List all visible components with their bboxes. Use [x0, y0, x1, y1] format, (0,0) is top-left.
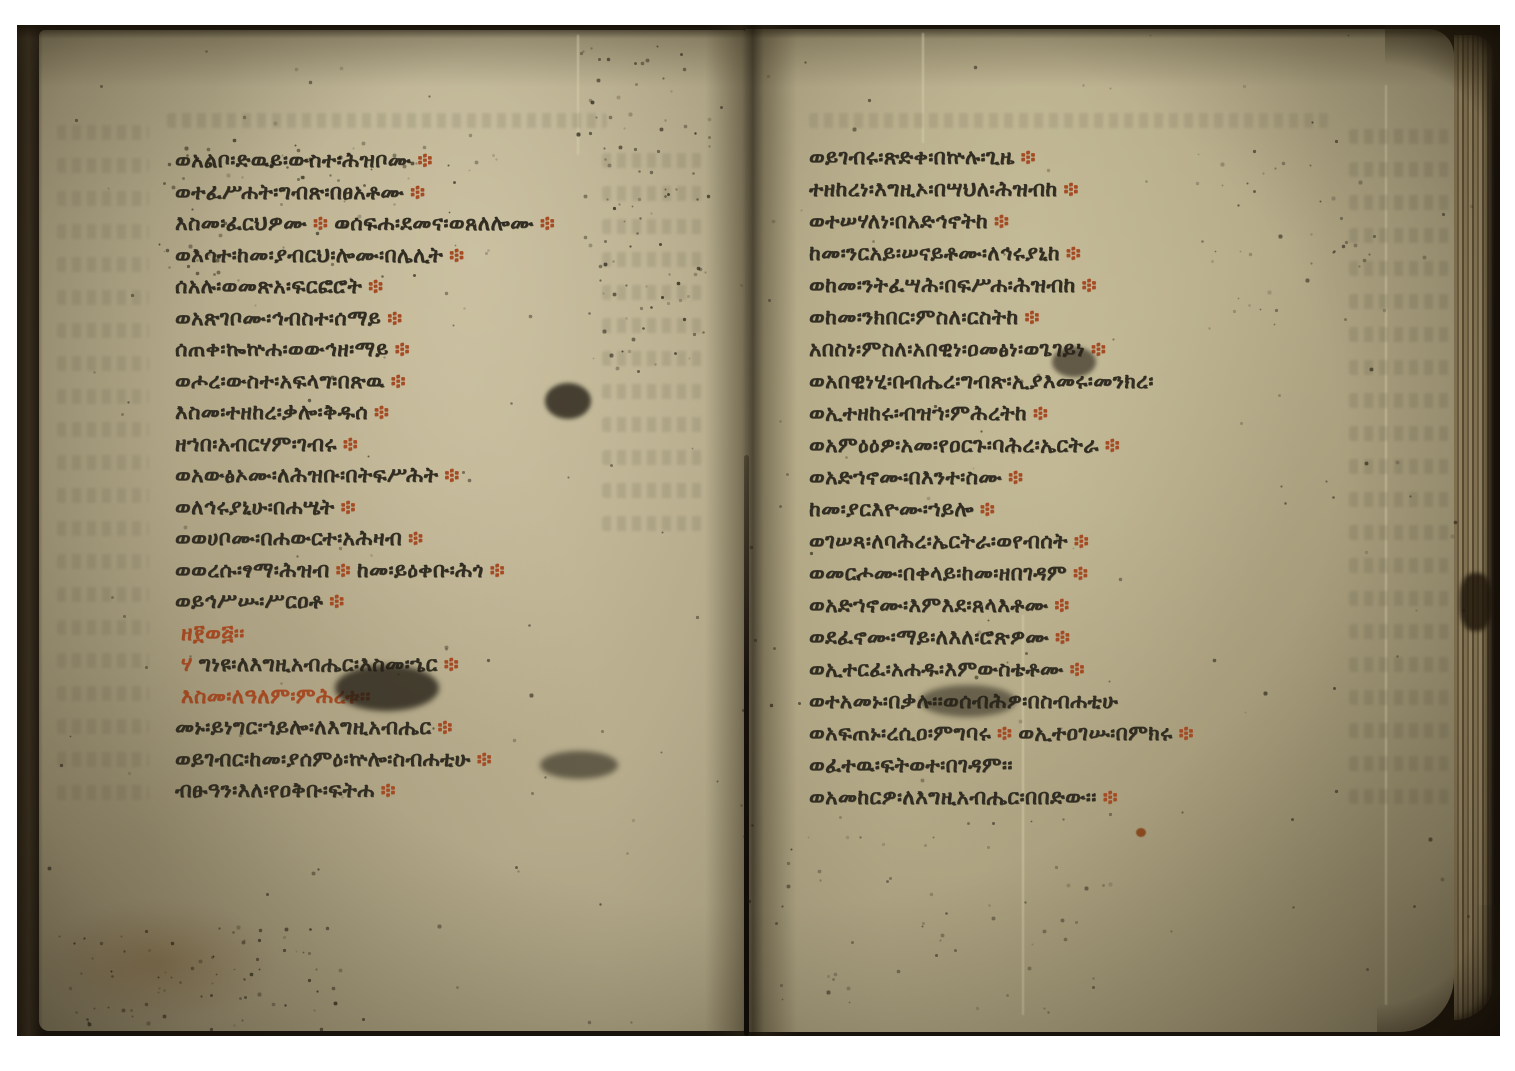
- manuscript-text-line: እስመ፡ፈርህዎሙ፨ወሰፍሐ፡ደመና፡ወጸለሎሙ፨: [175, 208, 561, 240]
- text-segment: ወአድኀኖሙ፡በእንተ፡ስሙ: [809, 465, 1002, 489]
- edge-mark: [1460, 573, 1492, 631]
- text-segment: ወእሳተ፡ከመ፡ያብርህ፡ሎሙ፡በሌሊት: [175, 243, 443, 267]
- rubric-segment: ፨: [329, 589, 344, 613]
- manuscript-text-line: ወአመከርዎ፡ለእግዚአብሔር፡በበድው፡፡፨: [809, 781, 1200, 813]
- bleed-through-row: [1349, 690, 1449, 705]
- stain: [40, 903, 275, 1021]
- bleed-through-row: [57, 488, 149, 503]
- rubric-segment: ፨: [444, 463, 459, 487]
- bleed-through-row: [602, 219, 702, 234]
- text-segment: ከመ፡ይዕቀቡ፡ሕጎ: [357, 558, 484, 582]
- rubric-segment: ፨: [1054, 593, 1069, 617]
- gutter-crack: [744, 455, 749, 1036]
- text-segment: ወይኅሥሡ፡ሥርዐቶ: [175, 589, 323, 613]
- bleed-through-row: [57, 455, 149, 470]
- bleed-through-row: [57, 389, 149, 404]
- gutter-shadow: [705, 25, 797, 1036]
- text-segment: ወአድኀኖሙ፡እምእደ፡ጸላእቶሙ: [809, 593, 1048, 617]
- bleed-through-row: [57, 224, 149, 239]
- screenshot: ወአልቦ፡ድዉይ፡ውስተ፡ሕዝቦሙ፨ወተፈሥሐት፡ግብጽ፡በፀአቶሙ፨እስመ፡ፈ…: [0, 0, 1515, 1071]
- text-segment: ወይገብሩ፡ጽድቀ፡በኵሉ፡ጊዜ: [809, 145, 1015, 169]
- bleed-through-row: [602, 384, 702, 399]
- rubric-segment: ፨: [1055, 625, 1070, 649]
- bleed-through-row: [1349, 261, 1449, 276]
- corner-shadow-top-right: [1385, 25, 1500, 175]
- text-segment: ወመርሖሙ፡በቀላይ፡ከመ፡ዘበገዳም: [809, 561, 1067, 585]
- manuscript-text-line: ወአበዊነሂ፡በብሔረ፡ግብጽ፡ኢያእመሩ፡መንክረ፡: [809, 365, 1200, 397]
- bleed-through-row: [602, 450, 702, 465]
- manuscript-text-line: ወአድኀኖሙ፡በእንተ፡ስሙ፨: [809, 461, 1200, 493]
- foxing-speckles: [17, 25, 18, 26]
- text-segment: ወኢተርፈ፡አሐዱ፡እምውስቴቶሙ: [809, 657, 1064, 681]
- rubric-segment: ፨: [1082, 273, 1097, 297]
- manuscript-text-line: ብፁዓን፡እለ፡የዐቅቡ፡ፍትሐ፨: [175, 775, 561, 807]
- bleed-through-row: [602, 351, 702, 366]
- bleed-through-row: [57, 422, 149, 437]
- manuscript-text-line: ወአልቦ፡ድዉይ፡ውስተ፡ሕዝቦሙ፨: [175, 145, 561, 177]
- bleed-through-row: [57, 521, 149, 536]
- manuscript-text-line: አበስነ፡ምስለ፡አበዊነ፡ዐመፅነ፡ወጌገይነ፨: [809, 333, 1200, 365]
- rubric-segment: ፨: [1025, 305, 1040, 329]
- text-segment: ወፈተዉ፡ፍትወተ፡በገዳም፡፡: [809, 753, 1013, 777]
- rubric-segment: ፨: [540, 211, 555, 235]
- rubric-segment: ፨: [1073, 561, 1088, 585]
- bleed-through-row: [57, 356, 149, 371]
- rubric-segment: ፨: [444, 652, 459, 676]
- bleed-through-row: [602, 252, 702, 267]
- manuscript-text-line: ወለኅሩያኒሁ፡በሐሤት፨: [175, 492, 561, 524]
- rubric-segment: ፨: [1066, 241, 1081, 265]
- rubric-segment: ፨: [336, 558, 351, 582]
- rubric-segment: ፨: [980, 497, 995, 521]
- text-segment: ወአምዕዕዎ፡አመ፡የዐርጉ፡ባሕረ፡ኤርትራ: [809, 433, 1099, 457]
- bleed-through-row: [57, 653, 149, 668]
- right-page-text: ወይገብሩ፡ጽድቀ፡በኵሉ፡ጊዜ፨ተዘከረነ፡እግዚኦ፡በሣህለ፡ሕዝብከ፨ወተ…: [809, 141, 1200, 813]
- text-segment: አበስነ፡ምስለ፡አበዊነ፡ዐመፅነ፡ወጌገይነ: [809, 337, 1085, 361]
- manuscript-text-line: ወደፈኖሙ፡ማይ፡ለእለ፡ሮጽዎሙ፨: [809, 621, 1200, 653]
- text-segment: ወይገብር፡ከመ፡ያሰምዕ፡ኵሎ፡ስብሐቲሁ: [175, 747, 471, 771]
- text-segment: ዘኀበ፡አብርሃም፡ገብሩ: [175, 432, 337, 456]
- manuscript-text-line: እስመ፡ተዘከረ፡ቃሎ፡ቅዱሰ፨: [175, 397, 561, 429]
- rubric-segment: ፨: [387, 306, 402, 330]
- manuscript-text-line: ወአምዕዕዎ፡አመ፡የዐርጉ፡ባሕረ፡ኤርትራ፨: [809, 429, 1200, 461]
- rubric-segment: ፨: [395, 337, 410, 361]
- text-segment: ሰጠቀ፡ኰኵሐ፡ወውኅዘ፡ማይ: [175, 337, 389, 361]
- rubric-segment: ፨: [1021, 145, 1036, 169]
- manuscript-text-line: ሰአሉ፡ወመጽአ፡ፍርፎሮት፨: [175, 271, 561, 303]
- manuscript-text-line: ወይኅሥሡ፡ሥርዐቶ፨: [175, 586, 561, 618]
- rubric-segment: ፨: [1105, 433, 1120, 457]
- bleed-through-row: [1349, 360, 1449, 375]
- manuscript-text-line: ወገሠጻ፡ለባሕረ፡ኤርትራ፡ወየብሰት፨: [809, 525, 1200, 557]
- text-segment: እስመ፡ተዘከረ፡ቃሎ፡ቅዱሰ: [175, 400, 368, 424]
- rubric-segment: ፨: [381, 778, 396, 802]
- manuscript-text-line: ወኢተዘከሩ፡ብዝኀ፡ምሕረትከ፨: [809, 397, 1200, 429]
- bleed-through-row: [1349, 525, 1449, 540]
- text-segment: ብፁዓን፡እለ፡የዐቅቡ፡ፍትሐ: [175, 778, 375, 802]
- text-segment: ወአፍጠኑ፡ረሲዐ፡ምግባሩ: [809, 721, 991, 745]
- bleed-through-row: [57, 785, 149, 800]
- manuscript-text-line: ወመርሖሙ፡በቀላይ፡ከመ፡ዘበገዳም፨: [809, 557, 1200, 589]
- text-segment: ወወሀቦሙ፡በሐውርተ፡አሕዛብ: [175, 526, 402, 550]
- text-segment: ወአውፅኦሙ፡ለሕዝቡ፡በትፍሥሕት: [175, 463, 438, 487]
- text-segment: ወከመ፡ንትፈሣሕ፡በፍሥሐ፡ሕዝብከ: [809, 273, 1076, 297]
- manuscript-text-line: ወአውፅኦሙ፡ለሕዝቡ፡በትፍሥሕት፨: [175, 460, 561, 492]
- bleed-through-row: [1349, 756, 1449, 771]
- text-segment: ወአበዊነሂ፡በብሔረ፡ግብጽ፡ኢያእመሩ፡መንክረ፡: [809, 369, 1154, 393]
- rubric-segment: ፨: [449, 243, 464, 267]
- manuscript-text-line: ዘኀበ፡አብርሃም፡ገብሩ፨: [175, 429, 561, 461]
- manuscript-text-line: ወአፍጠኑ፡ረሲዐ፡ምግባሩ፨ወኢተዐገሡ፡በምክሩ፨: [809, 717, 1200, 749]
- bleed-through-row: [602, 516, 702, 531]
- text-segment: ወለኅሩያኒሁ፡በሐሤት: [175, 495, 335, 519]
- manuscript-text-line: ተዘከረነ፡እግዚኦ፡በሣህለ፡ሕዝብከ፨: [809, 173, 1200, 205]
- fore-edge-shadow: [1487, 25, 1500, 1036]
- rubric-segment: ፨: [408, 526, 423, 550]
- manuscript-text-line: ወተፈሥሐት፡ግብጽ፡በፀአቶሙ፨: [175, 177, 561, 209]
- bleed-through-row: [57, 587, 149, 602]
- manuscript-text-line: ወወሀቦሙ፡በሐውርተ፡አሕዛብ፨: [175, 523, 561, 555]
- ink-smudge: [545, 383, 591, 419]
- text-segment: ወሰፍሐ፡ደመና፡ወጸለሎሙ: [334, 211, 534, 235]
- bleed-through-row: [1349, 393, 1449, 408]
- bleed-through-row: [1349, 294, 1449, 309]
- bleed-through-row: [602, 153, 702, 168]
- manuscript-text-line: ወይገብር፡ከመ፡ያሰምዕ፡ኵሎ፡ስብሐቲሁ፨: [175, 744, 561, 776]
- rubric-segment: ፨: [437, 715, 452, 739]
- manuscript-text-line: ወኢተርፈ፡አሐዱ፡እምውስቴቶሙ፨: [809, 653, 1200, 685]
- manuscript-text-line: ወአጽገቦሙ፡ኅብስተ፡ሰማይ፨: [175, 303, 561, 335]
- bleed-through-row: [1349, 624, 1449, 639]
- manuscript-text-line: ወይገብሩ፡ጽድቀ፡በኵሉ፡ጊዜ፨: [809, 141, 1200, 173]
- ink-smudge: [540, 751, 618, 779]
- text-segment: ከመ፡ንርአይ፡ሠናይቶሙ፡ለኅሩያኒከ: [809, 241, 1060, 265]
- bleed-through-row: [1349, 195, 1449, 210]
- corner-shadow-bottom-right: [1377, 905, 1500, 1036]
- rubric-segment: ፨: [374, 400, 389, 424]
- rubric-segment: ፨: [1008, 465, 1023, 489]
- text-segment: ከመ፡ያርእዮሙ፡ኀይሎ: [809, 497, 974, 521]
- page-crease: [1385, 85, 1387, 1005]
- rubric-segment: ፨: [341, 495, 356, 519]
- manuscript-text-line: ዘ፻ወ፭፡፡: [175, 618, 561, 650]
- ink-smudge: [1052, 347, 1096, 377]
- manuscript-text-line: ወከመ፡ንትፈሣሕ፡በፍሥሐ፡ሕዝብከ፨: [809, 269, 1200, 301]
- rubric-segment: ፨: [1074, 529, 1089, 553]
- manuscript-text-line: ከመ፡ያርእዮሙ፡ኀይሎ፨: [809, 493, 1200, 525]
- bleed-through-row: [1349, 591, 1449, 606]
- rubric-segment: ፨: [343, 432, 358, 456]
- text-segment: ተዘከረነ፡እግዚኦ፡በሣህለ፡ሕዝብከ: [809, 177, 1058, 201]
- manuscript-text-line: ወሖረ፡ውስተ፡አፍላግ፡በጽዉ፨: [175, 366, 561, 398]
- text-segment: ወአልቦ፡ድዉይ፡ውስተ፡ሕዝቦሙ: [175, 148, 411, 172]
- text-segment: ወተፈሥሐት፡ግብጽ፡በፀአቶሙ: [175, 180, 404, 204]
- text-segment: ወገሠጻ፡ለባሕረ፡ኤርትራ፡ወየብሰት: [809, 529, 1068, 553]
- rubric-segment: ፨: [1103, 785, 1118, 809]
- text-segment: መኑ፡ይነግር፡ኀይሎ፡ለእግዚአብሔር: [175, 715, 431, 739]
- rubric-segment: ፨: [490, 558, 505, 582]
- bleed-through-row: [57, 323, 149, 338]
- manuscript-text-line: ወአድኀኖሙ፡እምእደ፡ጸላእቶሙ፨: [809, 589, 1200, 621]
- text-segment: ወአጽገቦሙ፡ኅብስተ፡ሰማይ: [175, 306, 381, 330]
- bleed-through-row: [1349, 657, 1449, 672]
- text-segment: እስመ፡ፈርህዎሙ: [175, 211, 307, 235]
- bleed-through-row: [602, 285, 702, 300]
- bleed-through-row: [1349, 789, 1449, 804]
- bleed-through-row: [809, 113, 1329, 128]
- bleed-through-row: [1349, 492, 1449, 507]
- manuscript-text-line: ሰጠቀ፡ኰኵሐ፡ወውኅዘ፡ማይ፨: [175, 334, 561, 366]
- bleed-through-row: [1349, 459, 1449, 474]
- rubric-segment: ፨: [477, 747, 492, 771]
- text-segment: ወተሠሃለነ፡በአድኅኖትከ: [809, 209, 988, 233]
- bleed-through-row: [602, 417, 702, 432]
- page-crease: [577, 35, 579, 155]
- rust-dot: [1136, 828, 1146, 837]
- manuscript-text-line: ወተሠሃለነ፡በአድኅኖትከ፨: [809, 205, 1200, 237]
- bleed-through-row: [1349, 426, 1449, 441]
- bleed-through-row: [57, 125, 149, 140]
- bleed-through-row: [602, 483, 702, 498]
- rubric-segment: ፨: [1033, 401, 1048, 425]
- ink-smudge: [335, 665, 439, 711]
- manuscript-text-line: ወፈተዉ፡ፍትወተ፡በገዳም፡፡: [809, 749, 1200, 781]
- text-segment: ወአመከርዎ፡ለእግዚአብሔር፡በበድው፡፡: [809, 785, 1097, 809]
- bleed-through-row: [1349, 327, 1449, 342]
- rubric-segment: ፨: [417, 148, 432, 172]
- rubric-segment: ፨: [410, 180, 425, 204]
- rubric-segment: ፨: [1070, 657, 1085, 681]
- rubric-segment: ፨: [1179, 721, 1194, 745]
- text-segment: ወከመ፡ንክበር፡ምስለ፡ርስትከ: [809, 305, 1019, 329]
- left-cover-edge: [17, 25, 43, 1036]
- bleed-through-row: [602, 186, 702, 201]
- rubric-segment: ዘ፻ወ፭፡፡: [181, 621, 245, 645]
- bleed-through-row: [57, 158, 149, 173]
- text-segment: ሰአሉ፡ወመጽአ፡ፍርፎሮት: [175, 274, 362, 298]
- manuscript-text-line: ከመ፡ንርአይ፡ሠናይቶሙ፡ለኅሩያኒከ፨: [809, 237, 1200, 269]
- rubric-segment: ፨: [997, 721, 1012, 745]
- bleed-through-row: [57, 620, 149, 635]
- text-segment: ወኢተዐገሡ፡በምክሩ: [1018, 721, 1172, 745]
- bleed-through-row: [167, 113, 607, 128]
- rubric-segment: ፨: [313, 211, 328, 235]
- bleed-through-row: [57, 257, 149, 272]
- bleed-through-row: [57, 686, 149, 701]
- ink-smudge: [920, 685, 1016, 717]
- bleed-through-row: [1349, 558, 1449, 573]
- bleed-through-row: [57, 554, 149, 569]
- manuscript-text-line: ወከመ፡ንክበር፡ምስለ፡ርስትከ፨: [809, 301, 1200, 333]
- manuscript-photo: ወአልቦ፡ድዉይ፡ውስተ፡ሕዝቦሙ፨ወተፈሥሐት፡ግብጽ፡በፀአቶሙ፨እስመ፡ፈ…: [17, 25, 1500, 1036]
- text-segment: ወደፈኖሙ፡ማይ፡ለእለ፡ሮጽዎሙ: [809, 625, 1049, 649]
- text-segment: ወወረሱ፡ፃማ፡ሕዝብ: [175, 558, 330, 582]
- text-segment: ወኢተዘከሩ፡ብዝኀ፡ምሕረትከ: [809, 401, 1027, 425]
- bleed-through-row: [57, 719, 149, 734]
- manuscript-text-line: ወወረሱ፡ፃማ፡ሕዝብ፨ከመ፡ይዕቀቡ፡ሕጎ፨: [175, 555, 561, 587]
- bleed-through-row: [602, 318, 702, 333]
- bleed-through-row: [1349, 723, 1449, 738]
- bleed-through-row: [1349, 228, 1449, 243]
- rubric-segment: ፨: [368, 274, 383, 298]
- bleed-through-row: [57, 191, 149, 206]
- manuscript-text-line: መኑ፡ይነግር፡ኀይሎ፡ለእግዚአብሔር፨: [175, 712, 561, 744]
- bleed-through-row: [57, 752, 149, 767]
- bleed-through-row: [57, 290, 149, 305]
- rubric-segment: ፨: [1064, 177, 1079, 201]
- manuscript-text-line: ወእሳተ፡ከመ፡ያብርህ፡ሎሙ፡በሌሊት፨: [175, 240, 561, 272]
- rubric-segment: ፨: [391, 369, 406, 393]
- rubric-segment: ፨: [994, 209, 1009, 233]
- text-segment: ወሖረ፡ውስተ፡አፍላግ፡በጽዉ: [175, 369, 385, 393]
- rubric-segment: ሃ: [181, 652, 193, 676]
